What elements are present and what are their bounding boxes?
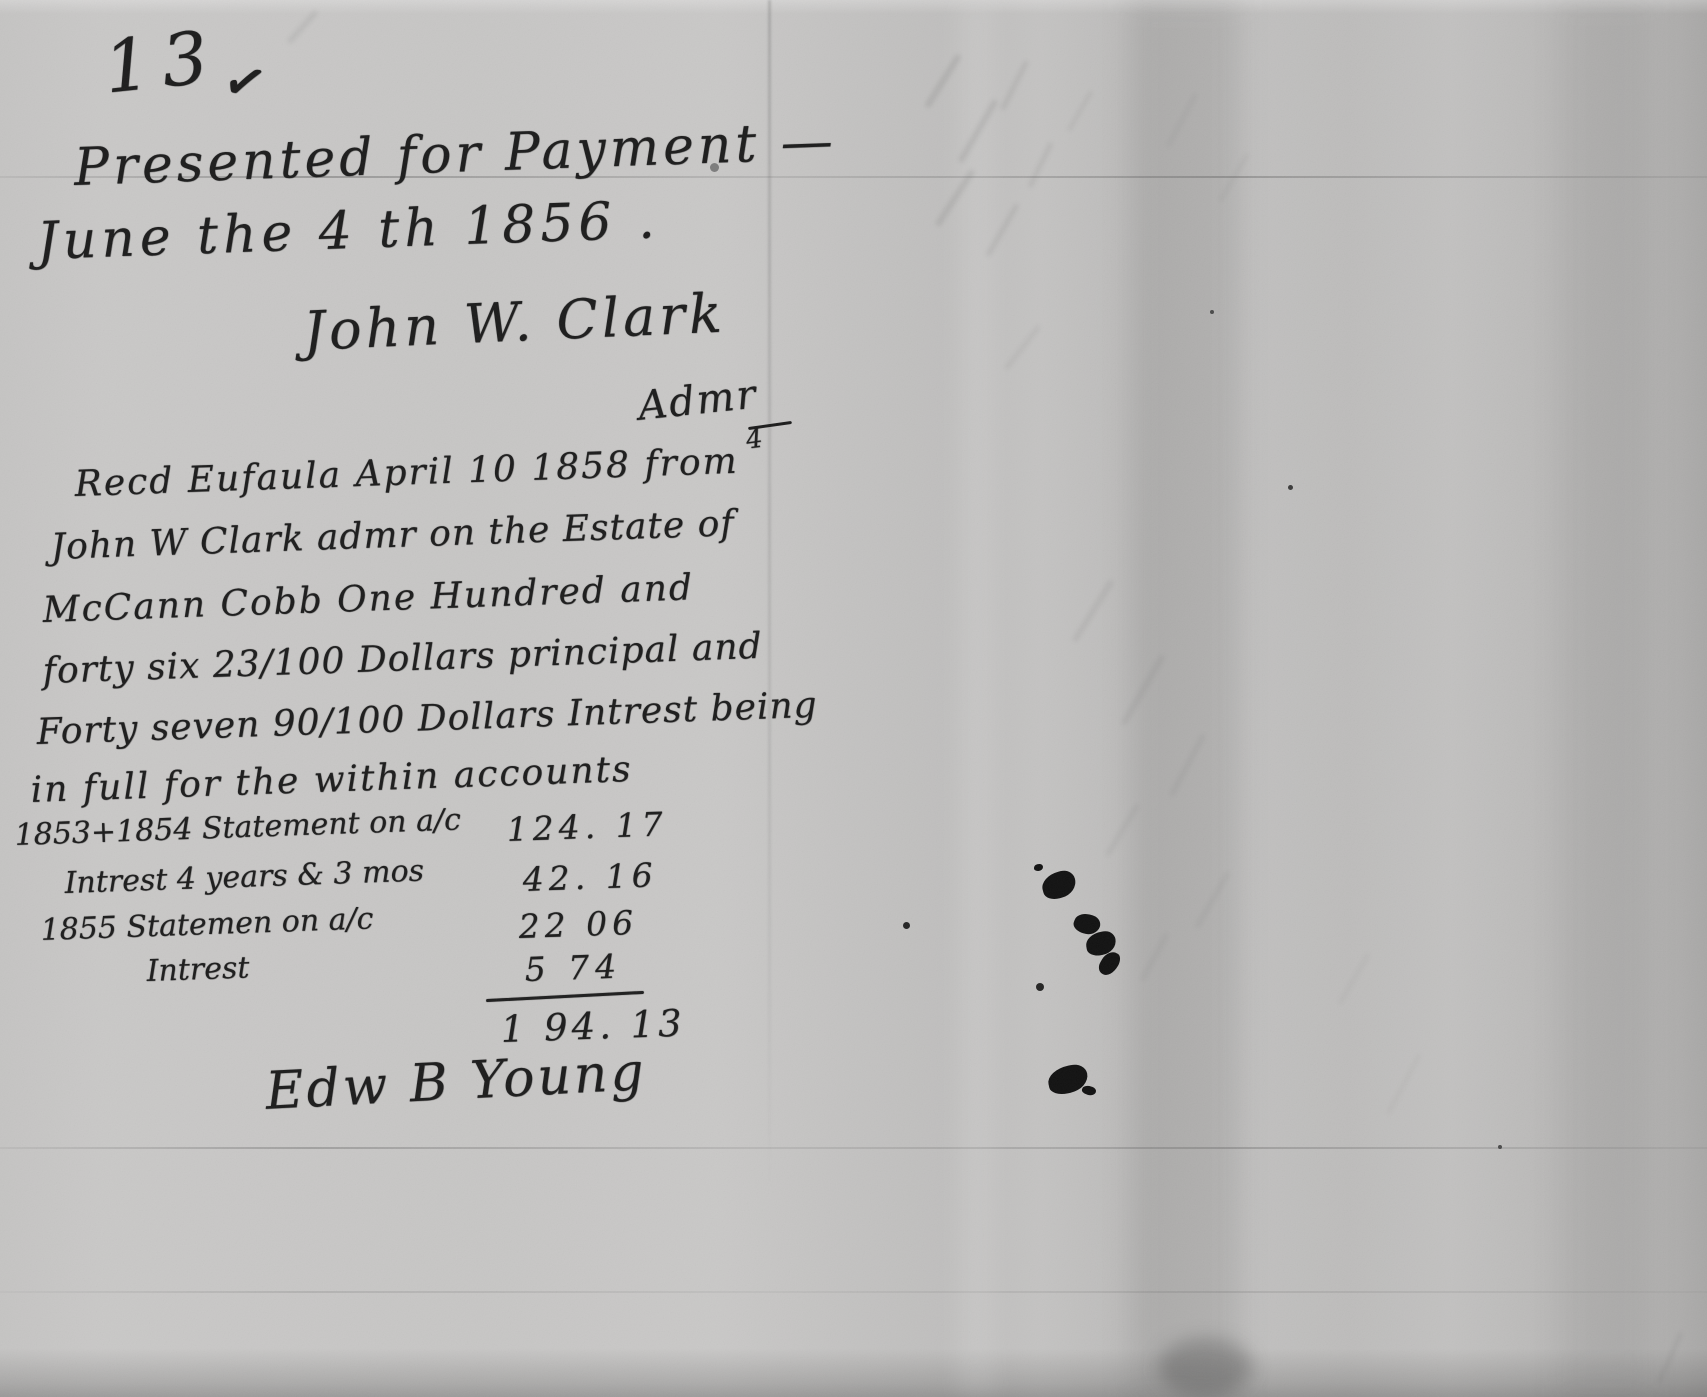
signature: Edw B Young — [264, 1042, 648, 1122]
speck — [1498, 1145, 1502, 1149]
page-number: 13 — [100, 14, 224, 110]
account-item-amount: 5 74 — [524, 947, 623, 989]
account-item-amount: 22 06 — [518, 903, 639, 946]
ghost-stroke — [1000, 60, 1029, 111]
receipt-line-5: Forty seven 90/100 Dollars Intrest being — [36, 685, 818, 753]
paper-highlight-band — [955, 0, 995, 1397]
receipt-line-4: forty six 23/100 Dollars principal and — [42, 626, 763, 692]
ghost-stroke — [1004, 324, 1042, 370]
fold-crease-bottom — [0, 1147, 1707, 1149]
ink-speck — [1081, 1084, 1097, 1097]
presentment-line1: Presented for Payment — — [73, 111, 838, 198]
receipt-line-1: Recd Eufaula April 10 1858 from — [74, 441, 739, 505]
presenter-title: Admr — [636, 372, 760, 430]
check-mark: ✓ — [218, 48, 273, 115]
account-item-label: 1853+1854 Statement on a/c — [14, 802, 461, 853]
receipt-line-3: McCann Cobb One Hundred and — [42, 567, 695, 631]
presenter-name: John W. Clark — [302, 282, 727, 363]
account-item-label: 1855 Statemen on a/c — [40, 901, 374, 948]
presenter-title-mark: 4 — [744, 424, 765, 456]
speck — [1288, 485, 1293, 490]
ghost-stroke — [1338, 953, 1370, 1005]
receipt-line-2: John W Clark admr on the Estate of — [50, 503, 735, 568]
account-item-label: Intrest — [146, 950, 250, 989]
ghost-stroke — [1071, 579, 1114, 643]
scanned-document-page: 13 ✓ Presented for Payment — June the 4 … — [0, 0, 1707, 1397]
fold-crease-lower-faint — [0, 1291, 1707, 1293]
bottom-smudge — [1158, 1338, 1253, 1396]
receipt-line-6: in full for the within accounts — [30, 749, 633, 811]
speck — [1210, 310, 1214, 314]
ghost-stroke — [1386, 1053, 1421, 1115]
presentment-line2: June the 4 th 1856 . — [36, 190, 660, 272]
paper-shadow-band-right — [1560, 0, 1650, 1397]
total-amount: 1 94. 13 — [500, 1002, 686, 1051]
ink-dot — [1036, 983, 1044, 991]
sum-rule — [486, 991, 644, 1002]
ink-dot — [903, 922, 910, 929]
account-item-amount: 124. 17 — [506, 804, 668, 849]
ink-blot — [1039, 868, 1079, 902]
paper-shadow-band — [1130, 0, 1240, 1397]
ink-speck — [1034, 864, 1043, 871]
ghost-stroke — [1657, 1332, 1683, 1385]
ghost-stroke — [1027, 141, 1053, 188]
account-item-label: Intrest 4 years & 3 mos — [64, 853, 425, 901]
ghost-stroke — [1067, 90, 1093, 132]
account-item-amount: 42. 16 — [522, 855, 658, 899]
ghost-stroke — [287, 10, 319, 45]
